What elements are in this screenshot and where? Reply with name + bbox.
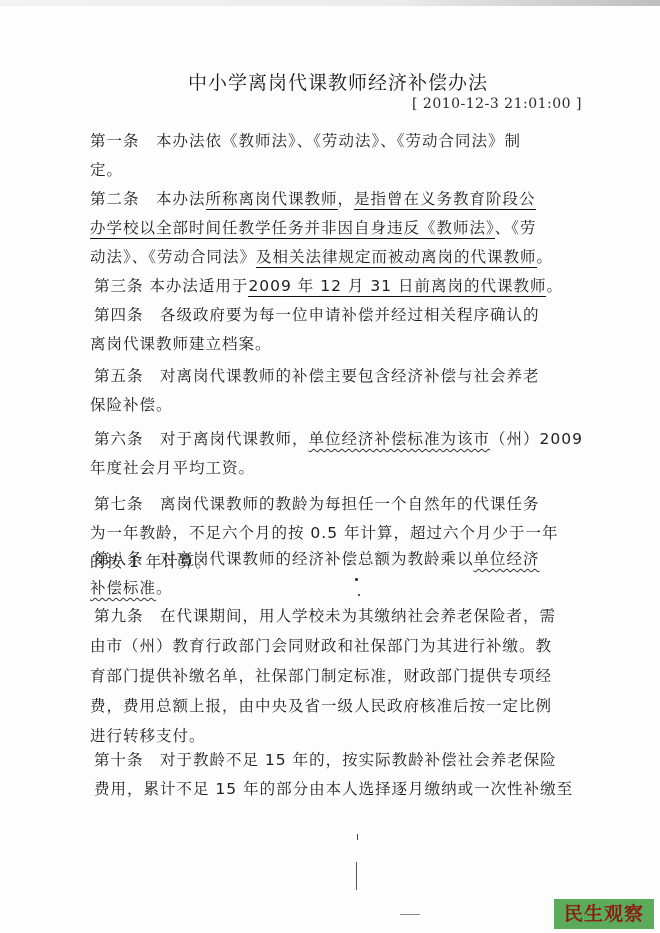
- article-line: 第三条 本办法适用于2009 年 12 月 31 日前离岗的代课教师。: [94, 272, 614, 301]
- article-2: 第二条 本办法所称离岗代课教师，是指曾在义务教育阶段公 办学校以全部时间任教学任…: [90, 185, 610, 272]
- article-line: 第九条 在代课期间，用人学校未为其缴纳社会养老保险者，需: [90, 601, 610, 631]
- article-line: 第十条 对于教龄不足 15 年的，按实际教龄补偿社会养老保险: [90, 746, 610, 775]
- text: 。: [546, 277, 563, 295]
- handwritten-underline: 是指曾在义务教育阶段公: [354, 190, 536, 210]
- article-line: 补偿标准。: [90, 574, 610, 603]
- article-9: 第九条 在代课期间，用人学校未为其缴纳社会养老保险者，需 由市（州）教育行政部门…: [90, 601, 610, 751]
- watermark-logo: 民生观察: [554, 899, 654, 929]
- document-title: 中小学离岗代课教师经济补偿办法: [188, 68, 488, 95]
- text: 、《劳: [495, 219, 537, 237]
- text: （州）2009: [490, 430, 583, 448]
- handwritten-underline: 所称离岗代课教师: [206, 190, 338, 210]
- ink-dot: [358, 594, 360, 596]
- article-line: 保险补偿。: [90, 391, 610, 420]
- article-line: 为一年教龄，不足六个月的按 0.5 年计算，超过六个月少于一年: [90, 519, 610, 548]
- article-line: 费用，累计不足 15 年的部分由本人选择逐月缴纳或一次性补缴至: [90, 775, 610, 804]
- article-line: 办学校以全部时间任教学任务并非因自身违反《教师法》、《劳: [90, 214, 610, 243]
- article-line: 由市（州）教育行政部门会同财政和社保部门为其进行补缴。教: [90, 631, 610, 661]
- handwritten-underline: 单位经济: [474, 550, 540, 568]
- scan-mark: [400, 914, 420, 915]
- text: 第二条 本办法: [90, 190, 206, 208]
- timestamp: [ 2010-12-3 21:01:00 ]: [412, 96, 582, 112]
- scan-mark: [356, 862, 357, 890]
- text: 第八条 对离岗代课教师的经济补偿总额为教龄乘以: [94, 550, 474, 568]
- text: 。: [156, 579, 173, 597]
- scan-mark: [357, 834, 358, 840]
- article-line: 动法》、《劳动合同法》及相关法律规定而被动离岗的代课教师。: [90, 243, 610, 272]
- handwritten-underline: 补偿标准: [90, 579, 156, 597]
- article-5: 第五条 对离岗代课教师的补偿主要包含经济补偿与社会养老 保险补偿。: [90, 362, 610, 420]
- ink-dot: [355, 578, 358, 581]
- article-line: 第七条 离岗代课教师的教龄为每担任一个自然年的代课任务: [90, 490, 610, 519]
- article-line: 第五条 对离岗代课教师的补偿主要包含经济补偿与社会养老: [90, 362, 610, 391]
- article-4: 第四条 各级政府要为每一位申请补偿并经过相关程序确认的 离岗代课教师建立档案。: [90, 301, 610, 359]
- handwritten-underline: 2009 年 12 月 31 日前离岗的代课教师: [248, 277, 546, 297]
- article-line: 离岗代课教师建立档案。: [90, 330, 610, 359]
- article-line: 第二条 本办法所称离岗代课教师，是指曾在义务教育阶段公: [90, 185, 610, 214]
- article-line: 费，费用总额上报，由中央及省一级人民政府核准后按一定比例: [90, 691, 610, 721]
- scan-edge-noise: [0, 0, 660, 6]
- article-line: 育部门提供补缴名单，社保部门制定标准，财政部门提供专项经: [90, 661, 610, 691]
- article-line: 第四条 各级政府要为每一位申请补偿并经过相关程序确认的: [90, 301, 610, 330]
- article-line: 第八条 对离岗代课教师的经济补偿总额为教龄乘以单位经济: [90, 545, 610, 574]
- article-line: 年度社会月平均工资。: [90, 454, 610, 483]
- article-8: 第八条 对离岗代课教师的经济补偿总额为教龄乘以单位经济 补偿标准。: [90, 545, 610, 603]
- text: 第三条 本办法适用于: [94, 277, 248, 295]
- handwritten-underline: 办学校以全部时间任教学任务并非因自身违反《教师法》: [90, 219, 495, 239]
- handwritten-underline: 及相关法律规定而被动离岗的代课教师: [256, 248, 537, 268]
- article-10: 第十条 对于教龄不足 15 年的，按实际教龄补偿社会养老保险 费用，累计不足 1…: [90, 746, 610, 804]
- article-line: 第一条 本办法依《教师法》、《劳动法》、《劳动合同法》制: [90, 127, 610, 156]
- article-3: 第三条 本办法适用于2009 年 12 月 31 日前离岗的代课教师。: [90, 272, 614, 301]
- article-line: 第六条 对于离岗代课教师，单位经济补偿标准为该市（州）2009: [90, 425, 610, 454]
- text: 。: [537, 248, 554, 266]
- article-6: 第六条 对于离岗代课教师，单位经济补偿标准为该市（州）2009 年度社会月平均工…: [90, 425, 610, 483]
- handwritten-underline: 单位经济补偿标准为该市: [309, 430, 491, 448]
- article-line: 定。: [90, 156, 610, 185]
- text: ，: [338, 190, 355, 208]
- text: 第六条 对于离岗代课教师，: [94, 430, 309, 448]
- text: 动法》、《劳动合同法》: [90, 248, 256, 266]
- article-1: 第一条 本办法依《教师法》、《劳动法》、《劳动合同法》制 定。: [90, 127, 610, 185]
